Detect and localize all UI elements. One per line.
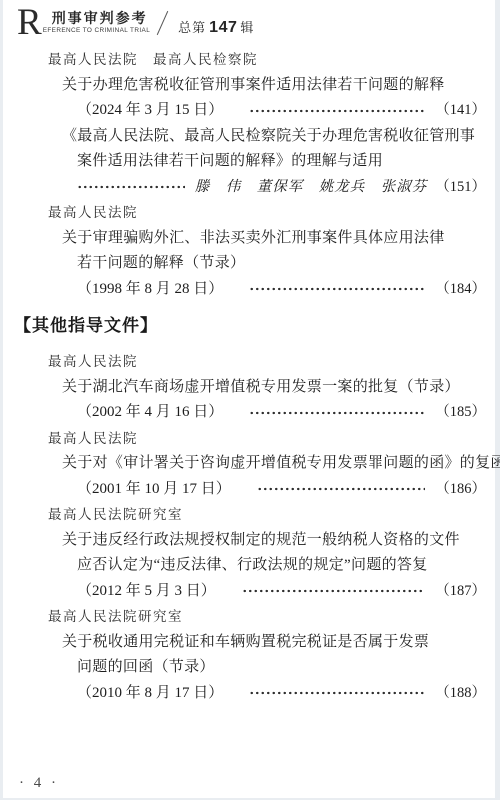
- entry-date: （2012 年 5 月 3 日）: [77, 579, 216, 605]
- entry-page-number: （185）: [435, 400, 486, 426]
- entry-title-continued: 案件适用法律若干问题的解释》的理解与适用: [3, 149, 495, 175]
- entry-date: （2002 年 4 月 16 日）: [77, 400, 223, 426]
- entry-page-number: （141）: [435, 98, 486, 124]
- toc-entry: 最高人民法院 关于对《审计署关于咨询虚开增值税专用发票罪问题的函》的复函 （20…: [3, 426, 495, 503]
- entry-authorline: 滕 伟 董保军 姚龙兵 张淑芬 （151）: [3, 175, 495, 201]
- entry-title-continued: 应否认定为“违反法律、行政法规的规定”问题的答复: [3, 553, 495, 579]
- dot-leader: [249, 690, 425, 696]
- entry-date: （2001 年 10 月 17 日）: [77, 477, 231, 503]
- entry-institution: 最高人民法院 最高人民检察院: [3, 47, 495, 73]
- dot-leader: [249, 108, 425, 114]
- dot-leader: [249, 410, 425, 416]
- entry-date: （1998 年 8 月 28 日）: [77, 277, 223, 303]
- entry-dateline: （2010 年 8 月 17 日） （188）: [3, 681, 495, 707]
- journal-header: R 刑事审判参考 EFERENCE TO CRIMINAL TRIAL 总第14…: [17, 8, 495, 40]
- dot-leader: [249, 286, 425, 292]
- entry-institution: 最高人民法院: [3, 426, 495, 452]
- dot-leader: [242, 588, 425, 594]
- journal-logo-block: 刑事审判参考 EFERENCE TO CRIMINAL TRIAL: [43, 8, 150, 35]
- dot-leader: [257, 486, 425, 492]
- toc-entry: 最高人民法院 关于审理骗购外汇、非法买卖外汇刑事案件具体应用法律 若干问题的解释…: [3, 200, 495, 302]
- entry-dateline: （1998 年 8 月 28 日） （184）: [3, 277, 495, 303]
- dot-leader: [77, 184, 185, 190]
- section-heading-other-guiding-documents: 【其他指导文件】: [3, 316, 495, 336]
- entry-title-continued: 问题的回函（节录）: [3, 655, 495, 681]
- entry-institution: 最高人民法院研究室: [3, 502, 495, 528]
- toc-entry: 最高人民法院 关于湖北汽车商场虚开增值税专用发票一案的批复（节录） （2002 …: [3, 349, 495, 426]
- toc-entry: 最高人民法院研究室 关于税收通用完税证和车辆购置税完税证是否属于发票 问题的回函…: [3, 604, 495, 706]
- entry-title: 关于办理危害税收征管刑事案件适用法律若干问题的解释: [3, 73, 495, 99]
- entry-title: 关于违反经行政法规授权制定的规范一般纳税人资格的文件: [3, 528, 495, 554]
- entry-date: （2024 年 3 月 15 日）: [77, 98, 223, 124]
- divider-slash: [157, 11, 168, 35]
- entry-dateline: （2024 年 3 月 15 日） （141）: [3, 98, 495, 124]
- toc-entry: 最高人民法院 最高人民检察院 关于办理危害税收征管刑事案件适用法律若干问题的解释…: [3, 47, 495, 124]
- entry-page-number: （188）: [435, 681, 486, 707]
- entry-institution: 最高人民法院: [3, 349, 495, 375]
- table-of-contents: 最高人民法院 最高人民检察院 关于办理危害税收征管刑事案件适用法律若干问题的解释…: [3, 47, 495, 706]
- entry-title: 关于税收通用完税证和车辆购置税完税证是否属于发票: [3, 630, 495, 656]
- entry-institution: 最高人民法院: [3, 200, 495, 226]
- entry-dateline: （2012 年 5 月 3 日） （187）: [3, 579, 495, 605]
- entry-date: （2010 年 8 月 17 日）: [77, 681, 223, 707]
- issue-prefix: 总第: [178, 20, 206, 35]
- entry-title: 关于审理骗购外汇、非法买卖外汇刑事案件具体应用法律: [3, 226, 495, 252]
- entry-authors: 滕 伟 董保军 姚龙兵 张淑芬: [195, 175, 428, 201]
- journal-logo-letter: R: [17, 8, 42, 38]
- toc-entry: 《最高人民法院、最高人民检察院关于办理危害税收征管刑事 案件适用法律若干问题的解…: [3, 124, 495, 201]
- entry-page-number: （151）: [435, 175, 486, 201]
- entry-title: 关于对《审计署关于咨询虚开增值税专用发票罪问题的函》的复函: [3, 451, 495, 477]
- issue-label: 总第147辑: [178, 17, 254, 40]
- entry-title: 《最高人民法院、最高人民检察院关于办理危害税收征管刑事: [3, 124, 495, 150]
- entry-dateline: （2002 年 4 月 16 日） （185）: [3, 400, 495, 426]
- entry-page-number: （184）: [435, 277, 486, 303]
- entry-institution: 最高人民法院研究室: [3, 604, 495, 630]
- entry-dateline: （2001 年 10 月 17 日） （186）: [3, 477, 495, 503]
- page-number: · 4 ·: [19, 775, 59, 792]
- entry-page-number: （186）: [435, 477, 486, 503]
- issue-suffix: 辑: [240, 20, 254, 35]
- issue-number: 147: [209, 19, 237, 36]
- journal-title-en: EFERENCE TO CRIMINAL TRIAL: [43, 26, 150, 35]
- toc-page: R 刑事审判参考 EFERENCE TO CRIMINAL TRIAL 总第14…: [3, 0, 495, 798]
- toc-entry: 最高人民法院研究室 关于违反经行政法规授权制定的规范一般纳税人资格的文件 应否认…: [3, 502, 495, 604]
- journal-title-cn: 刑事审判参考: [52, 11, 150, 26]
- entry-title-continued: 若干问题的解释（节录）: [3, 251, 495, 277]
- entry-page-number: （187）: [435, 579, 486, 605]
- entry-title: 关于湖北汽车商场虚开增值税专用发票一案的批复（节录）: [3, 375, 495, 401]
